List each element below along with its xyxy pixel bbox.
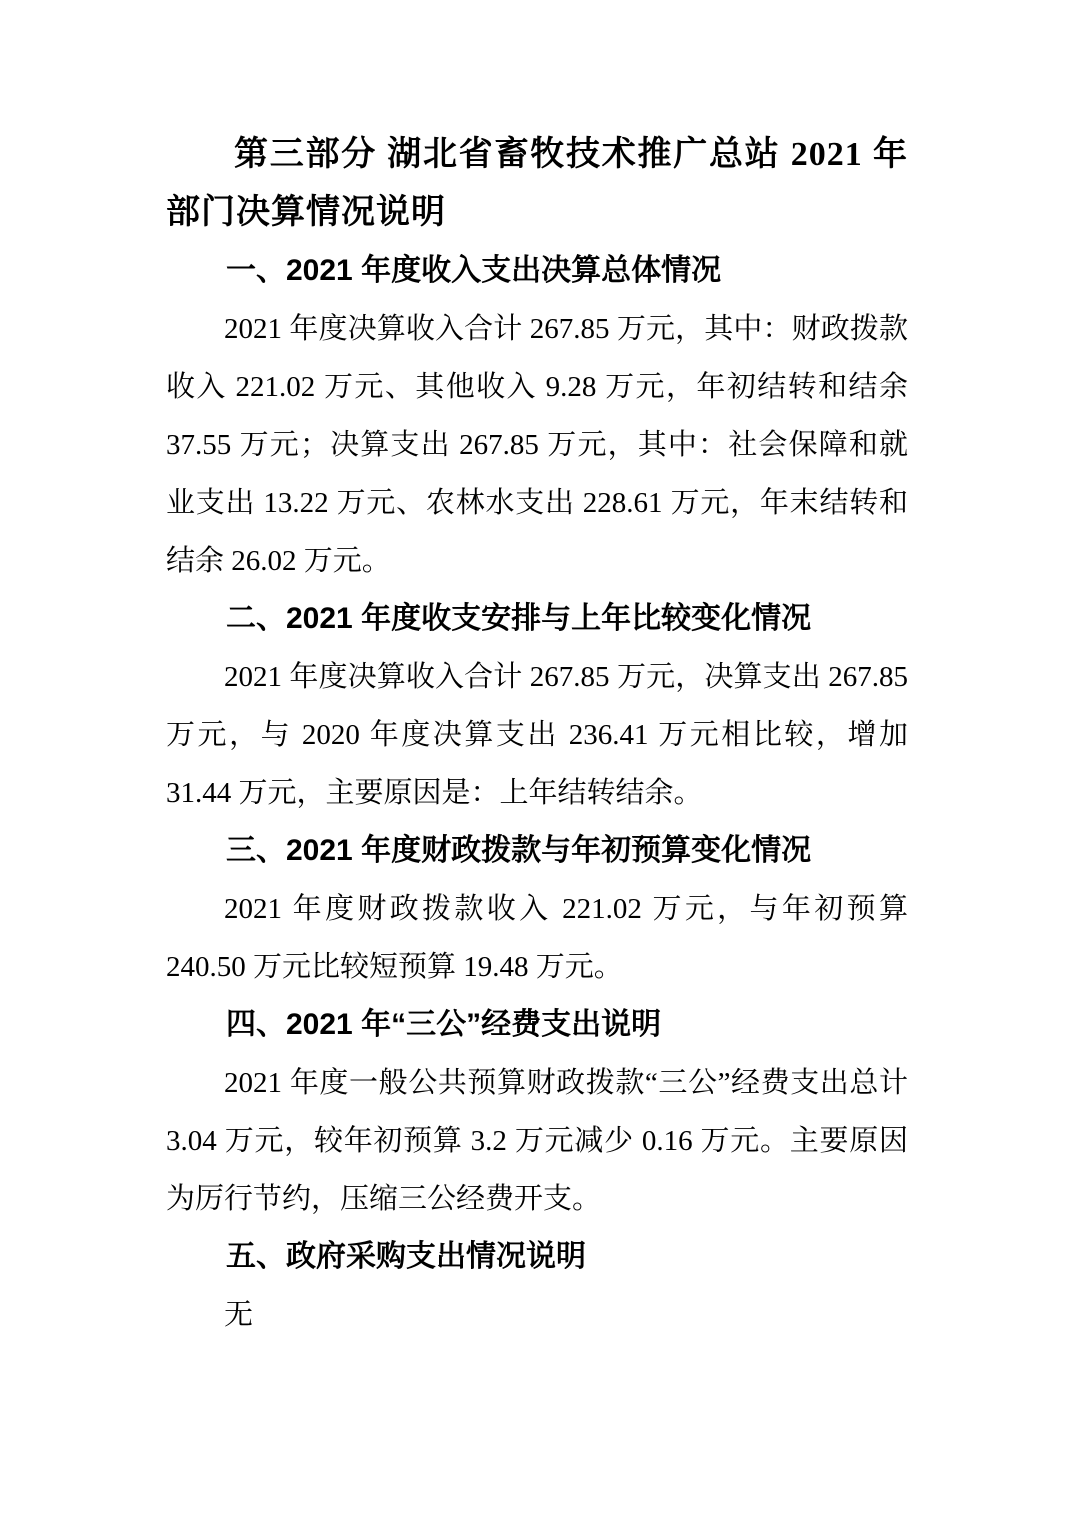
document-title: 第三部分 湖北省畜牧技术推广总站 2021 年部门决算情况说明 bbox=[166, 126, 908, 242]
section-heading: 三、2021 年度财政拨款与年初预算变化情况 bbox=[166, 822, 908, 880]
paragraph: 无 bbox=[166, 1286, 908, 1344]
paragraph: 2021 年度决算收入合计 267.85 万元，其中：财政拨款收入 221.02… bbox=[166, 300, 908, 590]
section-heading: 五、政府采购支出情况说明 bbox=[166, 1228, 908, 1286]
section-heading: 二、2021 年度收支安排与上年比较变化情况 bbox=[166, 590, 908, 648]
paragraph: 2021 年度决算收入合计 267.85 万元，决算支出 267.85 万元，与… bbox=[166, 648, 908, 822]
document-page: 第三部分 湖北省畜牧技术推广总站 2021 年部门决算情况说明 一、2021 年… bbox=[0, 0, 1074, 1520]
section-heading: 一、2021 年度收入支出决算总体情况 bbox=[166, 242, 908, 300]
document-body: 一、2021 年度收入支出决算总体情况2021 年度决算收入合计 267.85 … bbox=[166, 242, 908, 1344]
section-heading: 四、2021 年“三公”经费支出说明 bbox=[166, 996, 908, 1054]
paragraph: 2021 年度财政拨款收入 221.02 万元，与年初预算 240.50 万元比… bbox=[166, 880, 908, 996]
paragraph: 2021 年度一般公共预算财政拨款“三公”经费支出总计 3.04 万元，较年初预… bbox=[166, 1054, 908, 1228]
